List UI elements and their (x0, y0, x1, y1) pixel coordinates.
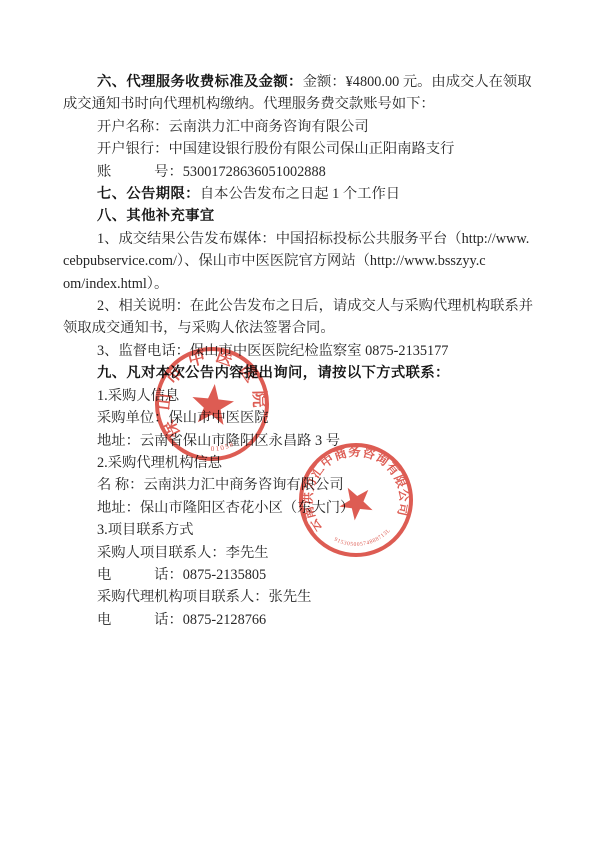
section-heading-six: 六、代理服务收费标准及金额：金额：¥4800.00 元。由成交人在领取 (63, 71, 545, 93)
doc-line-media: 1、成交结果公告发布媒体：中国招标投标公共服务平台（http://www. (63, 228, 545, 250)
doc-line-supervise-phone: 3、监督电话：保山市中医医院纪检监察室 0875-2135177 (63, 340, 545, 362)
document-page: 六、代理服务收费标准及金额：金额：¥4800.00 元。由成交人在领取 成交通知… (0, 0, 600, 849)
doc-line-bank: 开户银行：中国建设银行股份有限公司保山正阳南路支行 (63, 138, 545, 160)
seal-code-text: 01058 (209, 439, 236, 454)
doc-line-purchaser-unit: 采购单位：保山市中医医院 (63, 407, 545, 429)
star-icon (190, 382, 236, 426)
doc-line-account-number: 账 号：53001728636051002888 (63, 161, 545, 183)
doc-line: 成交通知书时向代理机构缴纳。代理服务费交款账号如下： (63, 93, 545, 115)
doc-line-purchaser-info: 1.采购人信息 (63, 385, 545, 407)
doc-line-account-name: 开户名称：云南洪力汇中商务咨询有限公司 (63, 116, 545, 138)
doc-line-note: 2、相关说明：在此公告发布之日后，请成交人与采购代理机构联系并 (63, 295, 545, 317)
star-icon (333, 479, 378, 523)
seal-org-text: 云南洪力汇中商务咨询有限公司 (296, 440, 415, 536)
section-heading-seven: 七、公告期限：自本公告发布之日起 1 个工作日 (63, 183, 545, 205)
section-heading-nine: 九、凡对本次公告内容提出询问，请按以下方式联系： (63, 362, 545, 384)
doc-line: 领取成交通知书，与采购人依法签署合同。 (63, 317, 545, 339)
agency-seal: 云南洪力汇中商务咨询有限公司 91530500574888713L (296, 440, 416, 560)
purchaser-seal: 保山市中医医院 01058 (150, 342, 274, 466)
doc-line-agency-phone: 电 话：0875-2128766 (63, 609, 545, 631)
doc-line: cebpubservice.com/）、保山市中医医院官方网站（http://w… (63, 250, 545, 272)
section-heading-eight: 八、其他补充事宜 (63, 205, 545, 227)
doc-line: om/index.html）。 (63, 273, 545, 295)
doc-line-purchaser-phone: 电 话：0875-2135805 (63, 564, 545, 586)
doc-line-agency-contact: 采购代理机构项目联系人：张先生 (63, 586, 545, 608)
